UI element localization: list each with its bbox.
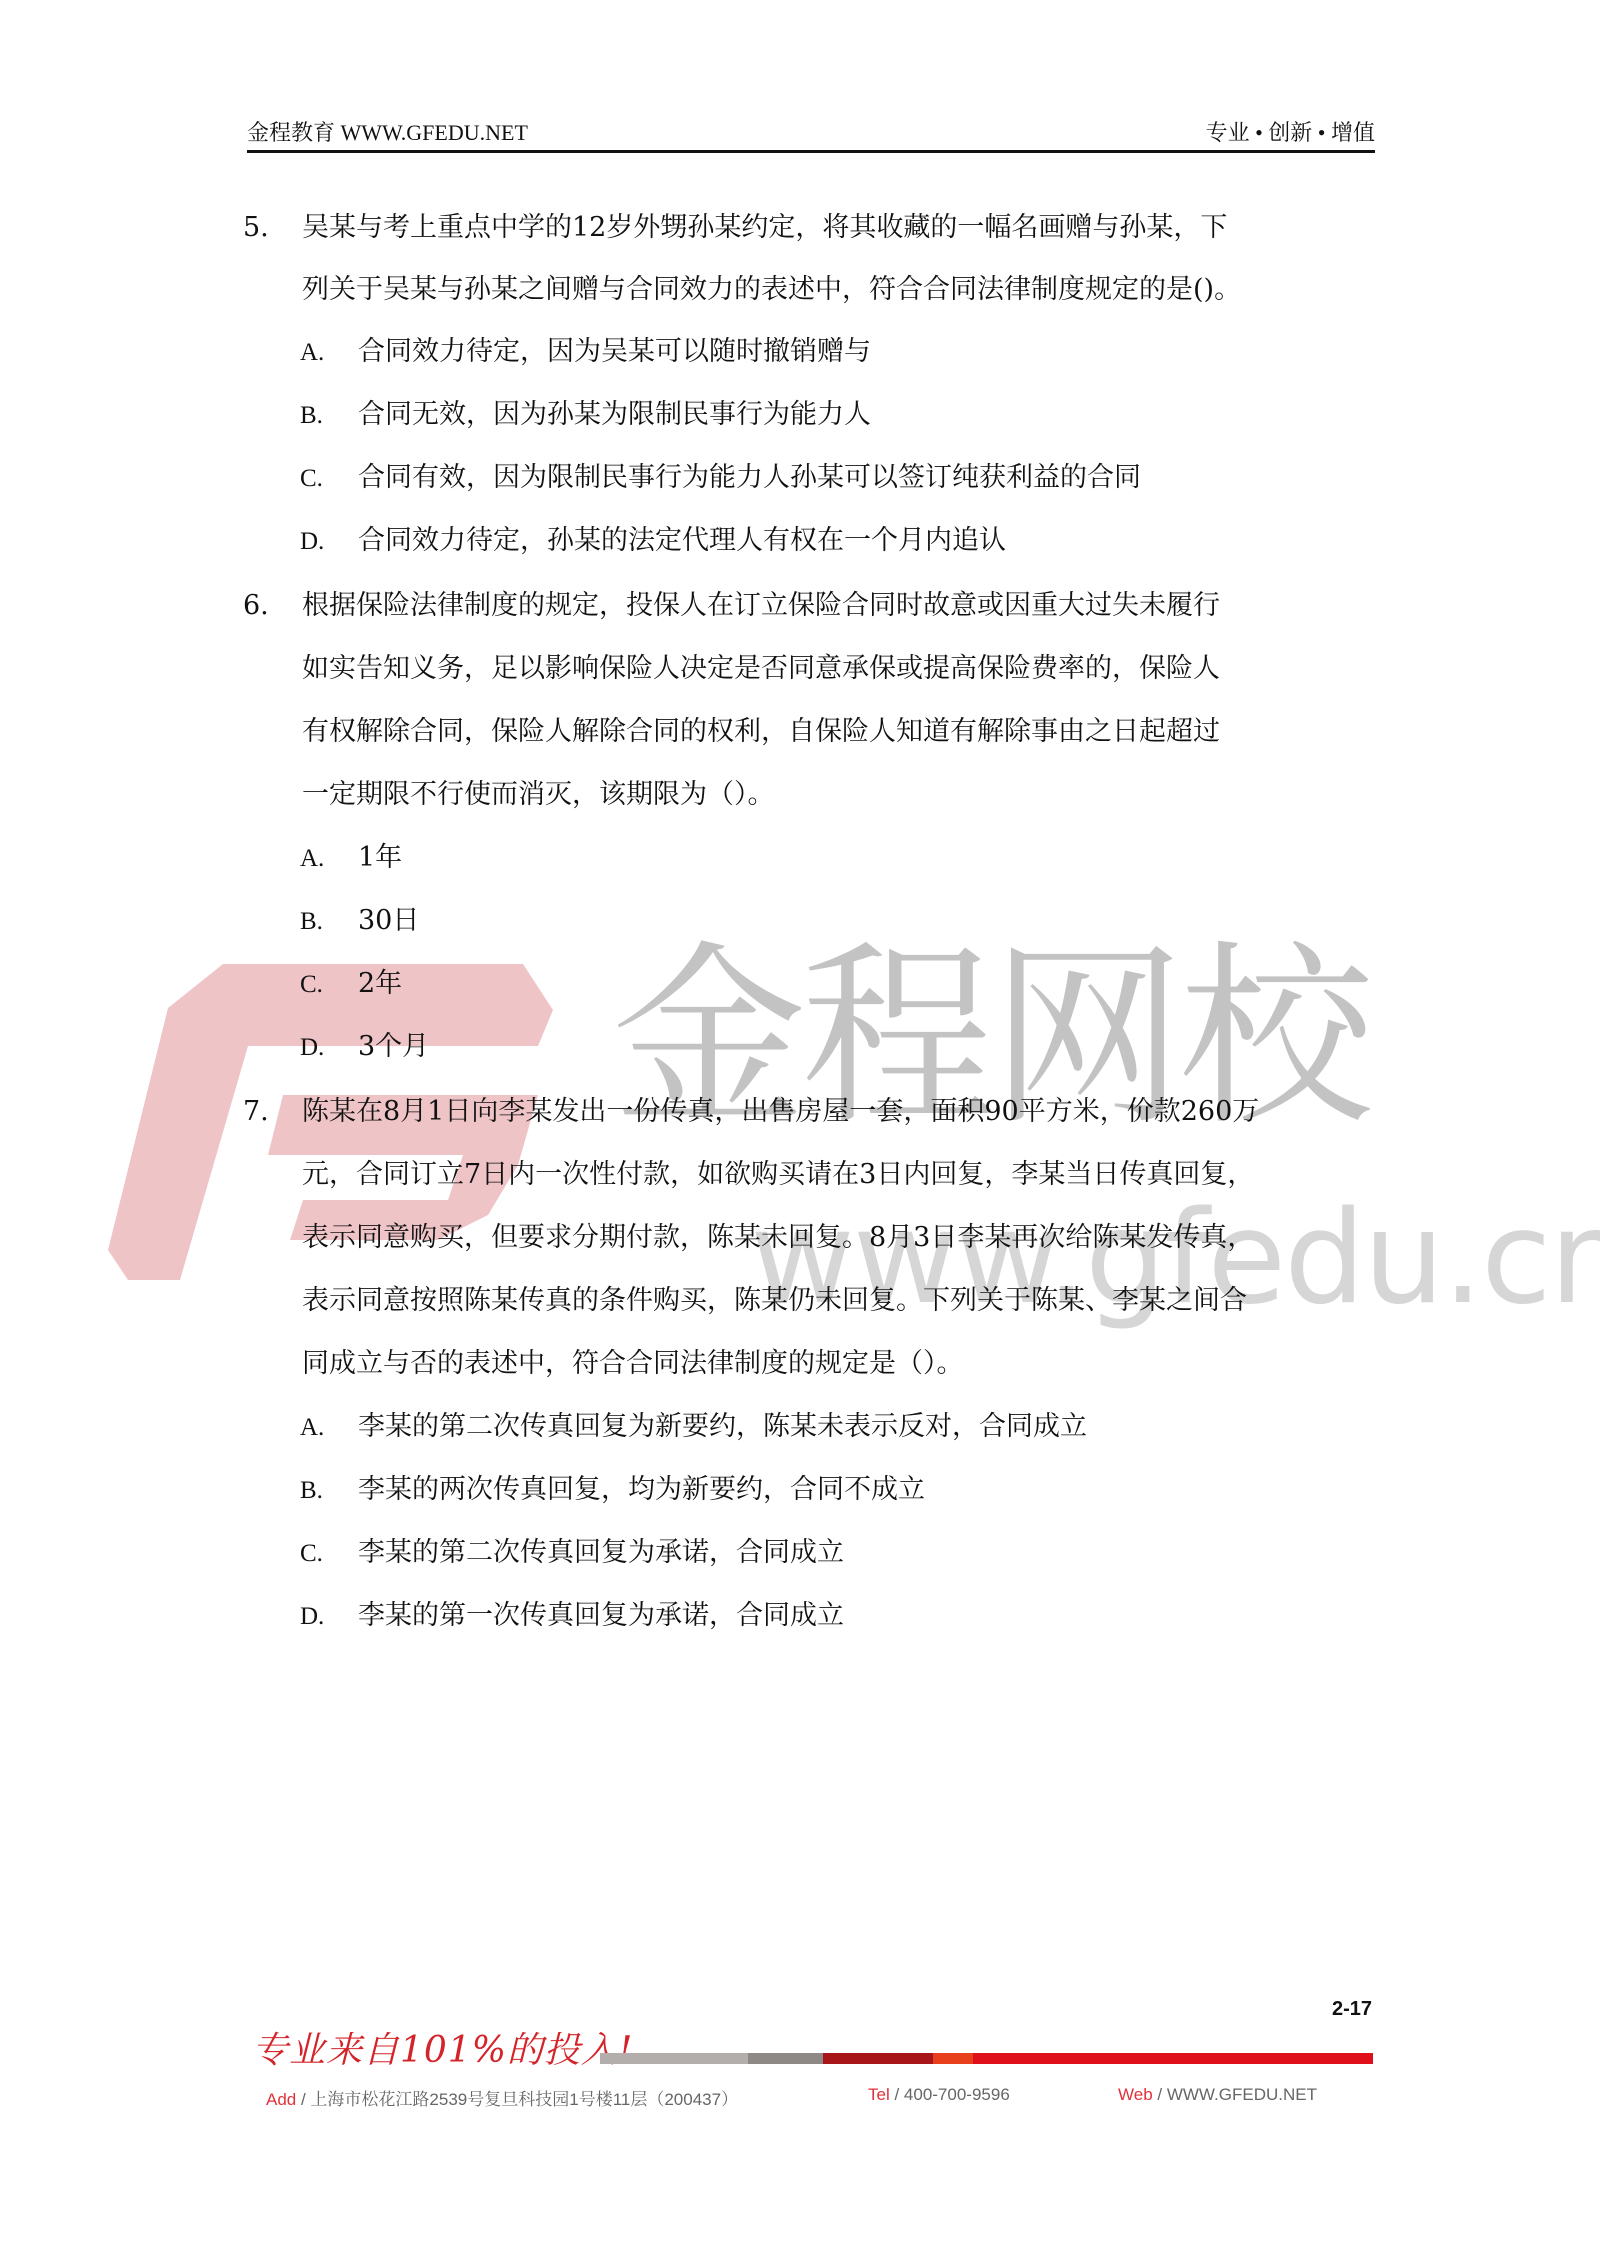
footer-color-bar-segment bbox=[933, 2053, 973, 2064]
question-text-line: 陈某在8月1日向李某发出一份传真，出售房屋一套，面积90平方米，价款260万 bbox=[302, 1098, 1259, 1125]
option-text: 李某的第二次传真回复为承诺，合同成立 bbox=[358, 1539, 844, 1566]
question-text-line: 吴某与考上重点中学的12岁外甥孙某约定，将其收藏的一幅名画赠与孙某，下 bbox=[302, 214, 1227, 241]
option-letter: D. bbox=[300, 529, 324, 554]
page-header: 金程教育 WWW.GFEDU.NET 专业 • 创新 • 增值 bbox=[247, 112, 1375, 148]
option-letter: A. bbox=[300, 1415, 324, 1440]
web-label: Web bbox=[1118, 2085, 1153, 2104]
footer-color-bar-segment bbox=[973, 2053, 1373, 2064]
option-letter: C. bbox=[300, 466, 323, 491]
question-text-line: 表示同意按照陈某传真的条件购买，陈某仍未回复。下列关于陈某、李某之间合 bbox=[302, 1287, 1247, 1314]
option-letter: A. bbox=[300, 340, 324, 365]
option-letter: A. bbox=[300, 846, 324, 871]
option-letter: B. bbox=[300, 1478, 323, 1503]
option-text: 合同效力待定，因为吴某可以随时撤销赠与 bbox=[358, 338, 871, 365]
question-number: 6. bbox=[243, 592, 269, 619]
footer-slogan: 专业来自101%的投入! bbox=[252, 2022, 633, 2073]
option-text: 2年 bbox=[358, 970, 402, 997]
option-text: 李某的两次传真回复，均为新要约，合同不成立 bbox=[358, 1476, 925, 1503]
footer-color-bar-segment bbox=[600, 2053, 748, 2064]
question-text-line: 如实告知义务，足以影响保险人决定是否同意承保或提高保险费率的，保险人 bbox=[302, 655, 1220, 682]
footer-web: Web / WWW.GFEDU.NET bbox=[1118, 2085, 1317, 2105]
footer-color-bar-segment bbox=[823, 2053, 933, 2064]
option-text: 3个月 bbox=[358, 1033, 429, 1060]
option-text: 合同无效，因为孙某为限制民事行为能力人 bbox=[358, 401, 871, 428]
header-brand: 金程教育 WWW.GFEDU.NET bbox=[247, 116, 528, 147]
option-letter: D. bbox=[300, 1035, 324, 1060]
question-number: 5. bbox=[243, 214, 269, 241]
option-text: 合同效力待定，孙某的法定代理人有权在一个月内追认 bbox=[358, 527, 1006, 554]
address-label: Add bbox=[266, 2090, 296, 2109]
question-text-line: 元，合同订立7日内一次性付款，如欲购买请在3日内回复，李某当日传真回复， bbox=[302, 1161, 1254, 1188]
question-text-line: 有权解除合同，保险人解除合同的权利，自保险人知道有解除事由之日起超过 bbox=[302, 718, 1220, 745]
question-text-line: 根据保险法律制度的规定，投保人在订立保险合同时故意或因重大过失未履行 bbox=[302, 592, 1220, 619]
option-text: 李某的第二次传真回复为新要约，陈某未表示反对，合同成立 bbox=[358, 1413, 1087, 1440]
question-text-line: 一定期限不行使而消灭，该期限为（）。 bbox=[302, 781, 775, 808]
header-tagline: 专业 • 创新 • 增值 bbox=[1206, 116, 1375, 147]
option-text: 1年 bbox=[358, 844, 402, 871]
tel-label: Tel bbox=[868, 2085, 890, 2104]
header-divider bbox=[247, 150, 1375, 153]
address-value: 上海市松花江路2539号复旦科技园1号楼11层（200437） bbox=[310, 2090, 738, 2109]
question-text-line: 表示同意购买，但要求分期付款，陈某未回复。8月3日李某再次给陈某发传真， bbox=[302, 1224, 1254, 1251]
footer-color-bar-segment bbox=[748, 2053, 823, 2064]
option-letter: C. bbox=[300, 1541, 323, 1566]
tel-value: 400-700-9596 bbox=[904, 2085, 1010, 2104]
option-letter: B. bbox=[300, 403, 323, 428]
footer-address: Add / 上海市松花江路2539号复旦科技园1号楼11层（200437） bbox=[266, 2085, 738, 2110]
question-text-line: 列关于吴某与孙某之间赠与合同效力的表述中，符合合同法律制度规定的是()。 bbox=[302, 276, 1241, 303]
option-letter: D. bbox=[300, 1604, 324, 1629]
option-letter: C. bbox=[300, 972, 323, 997]
option-letter: B. bbox=[300, 909, 323, 934]
option-text: 30日 bbox=[358, 907, 419, 934]
question-number: 7. bbox=[243, 1098, 269, 1125]
page-number: 2-17 bbox=[1332, 1998, 1372, 2021]
question-text-line: 同成立与否的表述中，符合合同法律制度的规定是（）。 bbox=[302, 1350, 964, 1377]
option-text: 李某的第一次传真回复为承诺，合同成立 bbox=[358, 1602, 844, 1629]
footer-tel: Tel / 400-700-9596 bbox=[868, 2085, 1010, 2105]
option-text: 合同有效，因为限制民事行为能力人孙某可以签订纯获利益的合同 bbox=[358, 464, 1141, 491]
web-value: WWW.GFEDU.NET bbox=[1167, 2085, 1317, 2104]
